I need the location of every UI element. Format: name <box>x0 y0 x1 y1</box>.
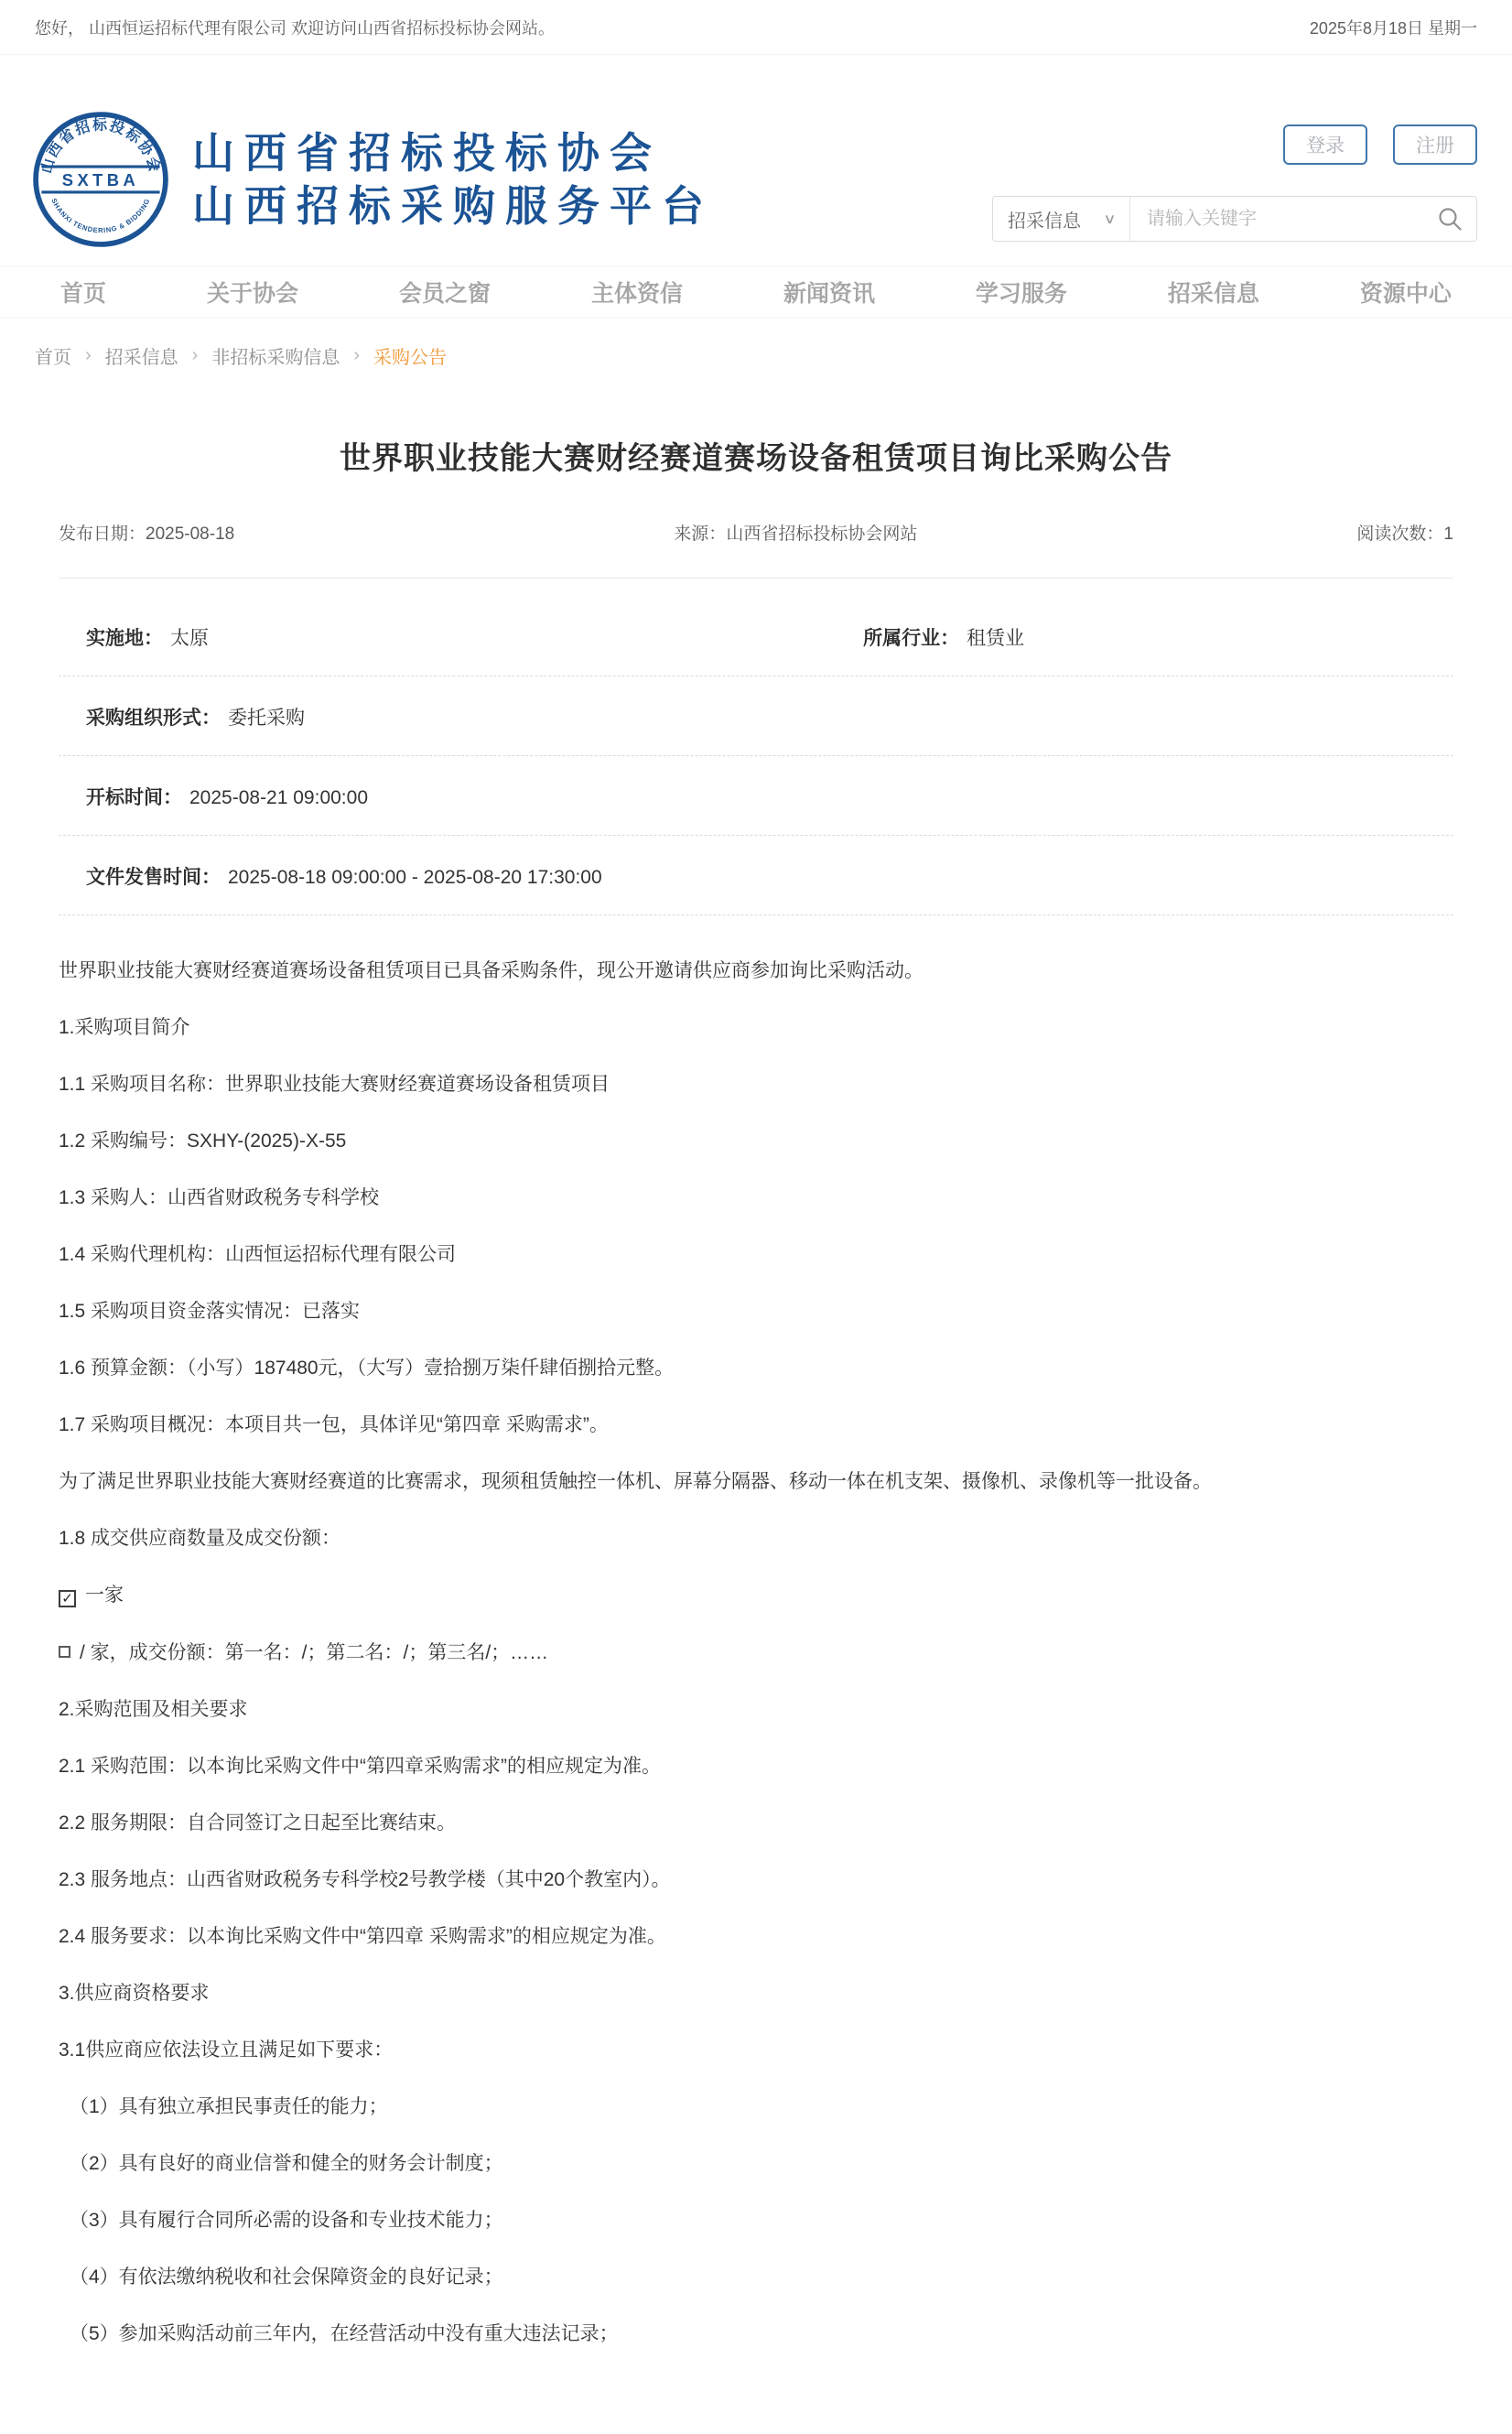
meta-divider <box>59 578 1453 579</box>
info-value: 2025-08-21 09:00:00 <box>189 787 368 808</box>
info-row: 采购组织形式：委托采购 <box>59 676 1453 756</box>
info-cell: 所属行业：租赁业 <box>863 623 1426 651</box>
view-count-value: 1 <box>1443 525 1453 544</box>
nav-item[interactable]: 首页 <box>60 276 106 308</box>
page-title: 世界职业技能大赛财经赛道赛场设备租赁项目询比采购公告 <box>59 433 1453 478</box>
nav-item[interactable]: 新闻资讯 <box>783 276 875 308</box>
body-paragraph: （3）具有履行合同所必需的设备和专业技术能力； <box>59 2209 1453 2232</box>
info-table: 实施地：太原所属行业：租赁业采购组织形式：委托采购开标时间：2025-08-21… <box>59 597 1453 915</box>
nav-item[interactable]: 主体资信 <box>591 276 683 308</box>
info-label: 文件发售时间： <box>86 867 221 888</box>
publish-date: 发布日期：2025-08-18 <box>59 520 234 545</box>
body-paragraph: 1.3 采购人：山西省财政税务专科学校 <box>59 1186 1453 1209</box>
nav-item[interactable]: 会员之窗 <box>399 276 491 308</box>
checkbox-unchecked-icon <box>59 1646 70 1658</box>
body-paragraph: / 家，成交份额：第一名：/；第二名：/；第三名/；…… <box>59 1641 1453 1664</box>
nav-item[interactable]: 学习服务 <box>976 276 1067 308</box>
site-title-line1: 山西省招标投标协会 <box>192 126 714 179</box>
seal-bottom-text: SHANXI TENDERING & BIDDING <box>49 197 152 234</box>
info-cell: 实施地：太原 <box>86 623 863 651</box>
breadcrumb: 首页›招采信息›非招标采购信息›采购公告 <box>0 319 1512 376</box>
body-paragraph: 2.采购范围及相关要求 <box>59 1698 1453 1721</box>
body-paragraph: 1.6 预算金额：（小写）187480元，（大写）壹拾捌万柒仟肆佰捌拾元整。 <box>59 1357 1453 1379</box>
view-count-label: 阅读次数： <box>1356 525 1443 544</box>
source-value: 山西省招标投标协会网站 <box>726 525 917 544</box>
info-label: 开标时间： <box>86 787 182 808</box>
breadcrumb-item[interactable]: 非招标采购信息 <box>211 342 340 369</box>
search-bar: 招采信息 ∨ <box>992 196 1477 242</box>
source-label: 来源： <box>674 525 726 544</box>
nav-item[interactable]: 招采信息 <box>1168 276 1259 308</box>
article-container: 世界职业技能大赛财经赛道赛场设备租赁项目询比采购公告 发布日期：2025-08-… <box>0 433 1512 2434</box>
body-paragraph: 1.2 采购编号：SXHY-(2025)-X-55 <box>59 1130 1453 1152</box>
chevron-down-icon: ∨ <box>1103 211 1116 227</box>
search-input[interactable] <box>1130 197 1423 241</box>
body-paragraph: 3.1供应商应依法设立且满足如下要求： <box>59 2039 1453 2061</box>
site-title: 山西省招标投标协会 山西招标采购服务平台 <box>192 126 714 233</box>
body-paragraph: ✓一家 <box>59 1584 1453 1607</box>
current-date: 2025年8月18日 星期一 <box>1310 16 1477 39</box>
checkbox-checked-icon: ✓ <box>59 1590 76 1607</box>
info-value: 太原 <box>170 628 209 649</box>
svg-text:SHANXI TENDERING & BIDDING: SHANXI TENDERING & BIDDING <box>49 197 152 234</box>
breadcrumb-item[interactable]: 招采信息 <box>105 342 178 369</box>
body-paragraph: 1.采购项目简介 <box>59 1016 1453 1039</box>
body-paragraph: （1）具有独立承担民事责任的能力； <box>59 2095 1453 2118</box>
publish-date-value: 2025-08-18 <box>146 525 234 544</box>
info-cell: 开标时间：2025-08-21 09:00:00 <box>86 783 863 810</box>
body-paragraph: （4）有依法缴纳税收和社会保障资金的良好记录； <box>59 2266 1453 2288</box>
body-paragraph: 2.4 服务要求：以本询比采购文件中“第四章 采购需求”的相应规定为准。 <box>59 1925 1453 1948</box>
body-paragraph: 1.7 采购项目概况：本项目共一包，具体详见“第四章 采购需求”。 <box>59 1413 1453 1436</box>
breadcrumb-separator-icon: › <box>192 345 199 366</box>
auth-buttons: 登录 注册 <box>1283 124 1477 165</box>
info-row: 文件发售时间：2025-08-18 09:00:00 - 2025-08-20 … <box>59 836 1453 915</box>
breadcrumb-item-current[interactable]: 采购公告 <box>373 342 447 369</box>
breadcrumb-separator-icon: › <box>85 345 92 366</box>
seal-acronym-text: SXTBA <box>62 170 139 189</box>
search-submit-button[interactable] <box>1423 197 1476 241</box>
article-body: 世界职业技能大赛财经赛道赛场设备租赁项目已具备采购条件，现公开邀请供应商参加询比… <box>59 959 1453 2345</box>
site-logo[interactable]: 山西省招标投标协会 SHANXI TENDERING & BIDDING SXT… <box>31 110 714 249</box>
body-paragraph: （5）参加采购活动前三年内，在经营活动中没有重大违法记录； <box>59 2322 1453 2345</box>
info-value: 2025-08-18 09:00:00 - 2025-08-20 17:30:0… <box>228 867 602 888</box>
nav-item[interactable]: 关于协会 <box>207 276 298 308</box>
top-bar: 您好， 山西恒运招标代理有限公司 欢迎访问山西省招标投标协会网站。 2025年8… <box>0 0 1512 55</box>
body-paragraph: 2.1 采购范围：以本询比采购文件中“第四章采购需求”的相应规定为准。 <box>59 1755 1453 1778</box>
breadcrumb-separator-icon: › <box>353 345 360 366</box>
body-paragraph: 3.供应商资格要求 <box>59 1982 1453 2005</box>
body-paragraph: （2）具有良好的商业信誉和健全的财务会计制度； <box>59 2152 1453 2175</box>
info-label: 实施地： <box>86 628 163 649</box>
info-cell: 文件发售时间：2025-08-18 09:00:00 - 2025-08-20 … <box>86 862 863 890</box>
info-value: 租赁业 <box>967 628 1024 649</box>
site-title-line2: 山西招标采购服务平台 <box>192 179 714 233</box>
info-label: 所属行业： <box>863 628 959 649</box>
main-nav: 首页关于协会会员之窗主体资信新闻资讯学习服务招采信息资源中心 <box>0 265 1512 319</box>
info-value: 委托采购 <box>228 708 305 729</box>
site-header: 山西省招标投标协会 SHANXI TENDERING & BIDDING SXT… <box>0 55 1512 265</box>
body-paragraph: 世界职业技能大赛财经赛道赛场设备租赁项目已具备采购条件，现公开邀请供应商参加询比… <box>59 959 1453 982</box>
nav-item[interactable]: 资源中心 <box>1360 276 1452 308</box>
info-label: 采购组织形式： <box>86 708 221 729</box>
body-paragraph: 1.5 采购项目资金落实情况：已落实 <box>59 1300 1453 1323</box>
search-category-dropdown[interactable]: 招采信息 ∨ <box>993 197 1130 241</box>
article-source: 来源：山西省招标投标协会网站 <box>674 520 917 545</box>
view-count: 阅读次数：1 <box>1356 520 1453 545</box>
body-paragraph: 2.3 服务地点：山西省财政税务专科学校2号教学楼（其中20个教室内）。 <box>59 1868 1453 1891</box>
article-meta: 发布日期：2025-08-18 来源：山西省招标投标协会网站 阅读次数：1 <box>59 520 1453 545</box>
greeting-text: 您好， 山西恒运招标代理有限公司 欢迎访问山西省招标投标协会网站。 <box>35 16 555 39</box>
body-paragraph: 2.2 服务期限：自合同签订之日起至比赛结束。 <box>59 1812 1453 1834</box>
breadcrumb-item[interactable]: 首页 <box>35 342 71 369</box>
search-category-label: 招采信息 <box>1008 206 1081 233</box>
header-right-panel: 登录 注册 招采信息 ∨ <box>992 124 1477 242</box>
info-cell: 采购组织形式：委托采购 <box>86 703 863 730</box>
body-paragraph: 为了满足世界职业技能大赛财经赛道的比赛需求，现须租赁触控一体机、屏幕分隔器、移动… <box>59 1470 1453 1493</box>
login-button[interactable]: 登录 <box>1283 124 1367 165</box>
publish-date-label: 发布日期： <box>59 525 146 544</box>
body-paragraph: 1.4 采购代理机构：山西恒运招标代理有限公司 <box>59 1243 1453 1266</box>
body-paragraph: 1.1 采购项目名称：世界职业技能大赛财经赛道赛场设备租赁项目 <box>59 1073 1453 1096</box>
association-seal-icon: 山西省招标投标协会 SHANXI TENDERING & BIDDING SXT… <box>31 110 170 249</box>
register-button[interactable]: 注册 <box>1393 124 1477 165</box>
info-row: 实施地：太原所属行业：租赁业 <box>59 597 1453 676</box>
body-paragraph: 1.8 成交供应商数量及成交份额： <box>59 1527 1453 1550</box>
info-row: 开标时间：2025-08-21 09:00:00 <box>59 756 1453 836</box>
search-icon <box>1436 205 1463 233</box>
